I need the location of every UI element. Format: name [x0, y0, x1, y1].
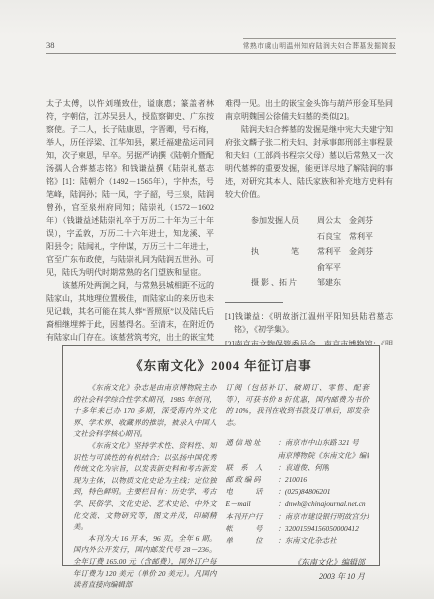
article-paragraph: 难得一见。出土的嵌宝金头饰与葫芦形金耳坠同南京明魏国公徐俌夫妇墓的类似[2]。 — [225, 97, 393, 123]
contact-value: 南京市中山东路 321 号 — [285, 437, 359, 449]
contact-label: 邮 政 编 码 — [226, 474, 278, 486]
contact-row: 联 系 人：袁道俊、何刚 — [226, 462, 370, 474]
credit-names: 常利平 金剑芬 — [317, 244, 373, 260]
contact-label: 通 信 地 址 — [226, 437, 278, 449]
signoff-editorial-dept: 《东南文化》编辑部 — [226, 556, 366, 570]
article-paragraph: 太子太傅，以忤刘瑾致仕，谥康惠；篆盖者林符，字朝信，江苏吴县人，授监察御史、广东… — [46, 97, 214, 279]
contact-value: dnwh@chinajournal.net.cn — [285, 498, 366, 510]
contact-value: 210016 — [285, 474, 307, 486]
notice-signoff: 《东南文化》编辑部 2003 年 10 月 — [226, 556, 370, 583]
contact-value: (025)84806201 — [285, 486, 331, 498]
credit-label: 执 笔 — [251, 244, 317, 260]
credit-names: 周公太 金剑芬 — [317, 213, 373, 229]
contact-value: 南京市建设银行明故宫分理处 — [285, 511, 369, 523]
footnote: [1]钱谦益：《明故浙江温州平阳知县陆君墓志铭》，《初学集》。 — [225, 310, 393, 336]
article-left-column: 太子太傅，以忤刘瑾致仕，谥康惠；篆盖者林符，字朝信，江苏吴县人，授监察御史、广东… — [46, 97, 214, 345]
contact-row: E－mail：dnwh@chinajournal.net.cn — [226, 498, 370, 510]
contact-value: 南京博物院《东南文化》编辑部 — [278, 450, 370, 462]
footnote-divider — [225, 302, 283, 303]
scanned-journal-page: 38 常熟市虞山明温州知府陆润夫妇合葬墓发掘简报 太子太傅，以忤刘瑾致仕，谥康惠… — [0, 0, 434, 599]
contact-label: 单 位 — [226, 535, 278, 547]
credit-row: 石良宝 常利平 — [251, 229, 393, 245]
credit-row: 摄 影 、拓 片 邹建东 — [251, 275, 393, 291]
contact-row: 帐 号：32001594156050000412 — [226, 523, 370, 535]
contact-label — [226, 450, 278, 462]
contact-value: 东南文化杂志社 — [285, 535, 337, 547]
contact-label: 帐 号 — [226, 523, 278, 535]
contact-label: 联 系 人 — [226, 462, 278, 474]
page-number: 38 — [46, 40, 55, 50]
contact-value: 袁道俊、何刚 — [285, 462, 329, 474]
page-header: 38 常熟市虞山明温州知府陆润夫妇合葬墓发掘简报 — [46, 38, 396, 54]
notice-title: 《东南文化》2004 年征订启事 — [73, 356, 369, 374]
article-paragraph: 该墓所处两涧之间，与常熟县城相距不远的陆家山，其地理位置极佳，而陆家山的来历也未… — [46, 279, 214, 345]
contact-separator: ： — [278, 462, 285, 474]
credit-row: 俞军平 — [251, 260, 393, 276]
excavation-credits: 参加发掘人员 周公太 金剑芬 石良宝 常利平 执 笔 常利平 金剑芬 俞军平 摄… — [251, 213, 393, 291]
credit-row: 执 笔 常利平 金剑芬 — [251, 244, 393, 260]
notice-paragraph: 《东南文化》坚持学术性、资料性、知识性与可读性的有机结合；以弘扬中国优秀传统文化… — [73, 440, 217, 533]
contact-separator: ： — [278, 437, 285, 449]
running-title: 常熟市虞山明温州知府陆润夫妇合葬墓发掘简报 — [243, 38, 396, 50]
contact-row: 邮 政 编 码：210016 — [226, 474, 370, 486]
contact-separator: ： — [278, 474, 285, 486]
credit-label — [251, 229, 317, 245]
article-paragraph: 陆润夫妇合葬墓的发掘是继中宪大夫建宁知府张文麟子张二桁夫妇、封承事郎刑部主事程景… — [225, 123, 393, 201]
signoff-date: 2003 年 10 月 — [226, 570, 366, 584]
notice-body: 《东南文化》杂志是由南京博物院主办的社会科学综合性学术期刊，1985 年创刊，十… — [73, 382, 369, 591]
contact-separator: ： — [278, 523, 285, 535]
contact-separator: ： — [278, 486, 285, 498]
credit-names: 俞军平 — [317, 260, 341, 276]
footnote: [2]南京市文物保管委员会、南京市博物馆：《明徐达五世孙徐俌夫妇墓》，《文物》1… — [225, 338, 393, 346]
credit-names: 石良宝 常利平 — [317, 229, 373, 245]
contact-label: 电 话 — [226, 486, 278, 498]
contact-row: 通 信 地 址：南京市中山东路 321 号 — [226, 437, 370, 449]
article-body: 太子太傅，以忤刘瑾致仕，谥康惠；篆盖者林符，字朝信，江苏吴县人，授监察御史、广东… — [46, 97, 393, 345]
notice-paragraph: 订阅（包括补订、破期订、零售、配套等），可获书价 8 折优惠，国内邮费为书价的 … — [226, 382, 370, 428]
article-right-column: 难得一见。出土的嵌宝金头饰与葫芦形金耳坠同南京明魏国公徐俌夫妇墓的类似[2]。 … — [225, 97, 393, 345]
credit-label: 摄 影 、拓 片 — [251, 275, 317, 291]
notice-left-column: 《东南文化》杂志是由南京博物院主办的社会科学综合性学术期刊，1985 年创刊，十… — [73, 382, 217, 591]
contact-value: 32001594156050000412 — [285, 523, 359, 535]
contact-separator: ： — [278, 511, 285, 523]
notice-paragraph: 本刊为大 16 开本，96 页。全年 6 期。国内外公开发行，国内邮发代号 28… — [73, 533, 217, 591]
notice-right-column: 订阅（包括补订、破期订、零售、配套等），可获书价 8 折优惠，国内邮费为书价的 … — [226, 382, 370, 591]
contact-separator: ： — [278, 535, 285, 547]
contact-label: E－mail — [226, 498, 278, 510]
footnotes: [1]钱谦益：《明故浙江温州平阳知县陆君墓志铭》，《初学集》。 [2]南京市文物… — [225, 310, 393, 346]
contact-row: 电 话：(025)84806201 — [226, 486, 370, 498]
credit-row: 参加发掘人员 周公太 金剑芬 — [251, 213, 393, 229]
credit-names: 邹建东 — [317, 275, 341, 291]
contact-label: 本刊开户行 — [226, 511, 278, 523]
contact-row: 南京博物院《东南文化》编辑部 — [226, 450, 370, 462]
contact-row: 单 位：东南文化杂志社 — [226, 535, 370, 547]
contact-separator: ： — [278, 498, 285, 510]
credit-label — [251, 260, 317, 276]
notice-paragraph: 《东南文化》杂志是由南京博物院主办的社会科学综合性学术期刊，1985 年创刊，十… — [73, 382, 217, 440]
contact-row: 本刊开户行：南京市建设银行明故宫分理处 — [226, 511, 370, 523]
subscription-notice-box: 《东南文化》2004 年征订启事 《东南文化》杂志是由南京博物院主办的社会科学综… — [62, 345, 380, 566]
contact-info: 通 信 地 址：南京市中山东路 321 号 南京博物院《东南文化》编辑部 联 系… — [226, 437, 370, 547]
credit-label: 参加发掘人员 — [251, 213, 317, 229]
